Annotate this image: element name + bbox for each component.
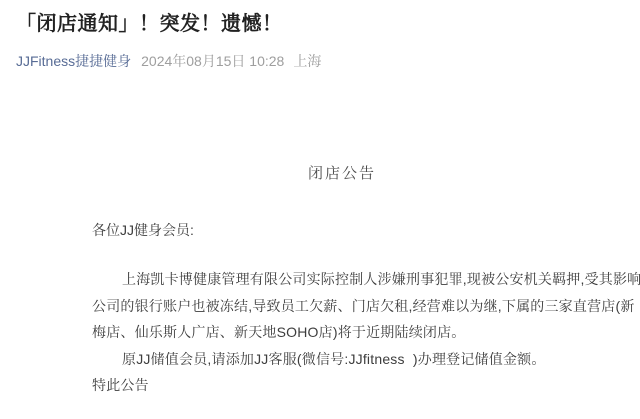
publish-location: 上海: [293, 53, 321, 69]
article-title: 「闭店通知」！突发！遗憾！: [16, 10, 624, 38]
author-link[interactable]: JJFitness捷捷健身: [16, 53, 131, 69]
announcement-body-line: 上海凯卡博健康管理有限公司实际控制人涉嫌刑事犯罪,现被公安机关羁押,受其影响,: [92, 266, 592, 293]
announcement-body: 上海凯卡博健康管理有限公司实际控制人涉嫌刑事犯罪,现被公安机关羁押,受其影响, …: [92, 266, 592, 399]
publish-date: 2024年08月15日 10:28: [141, 53, 284, 69]
announcement-body-line: 公司的银行账户也被冻结,导致员工欠薪、门店欠租,经营难以为继,下属的三家直营店(…: [92, 293, 592, 320]
article-byline: JJFitness捷捷健身2024年08月15日 10:28上海: [16, 52, 624, 71]
announcement-image[interactable]: 闭店公告 各位JJ健身会员: 上海凯卡博健康管理有限公司实际控制人涉嫌刑事犯罪,…: [92, 164, 592, 399]
announcement-heading: 闭店公告: [92, 164, 592, 184]
article-page: 「闭店通知」！突发！遗憾！ JJFitness捷捷健身2024年08月15日 1…: [0, 0, 640, 399]
announcement-closing: 特此公告: [92, 372, 592, 399]
announcement-service-line: 原JJ储值会员,请添加JJ客服(微信号:JJfitness )办理登记储值金额。: [92, 346, 592, 373]
announcement-salutation: 各位JJ健身会员:: [92, 220, 592, 240]
announcement-body-line: 梅店、仙乐斯人广店、新天地SOHO店)将于近期陆续闭店。: [92, 319, 592, 346]
